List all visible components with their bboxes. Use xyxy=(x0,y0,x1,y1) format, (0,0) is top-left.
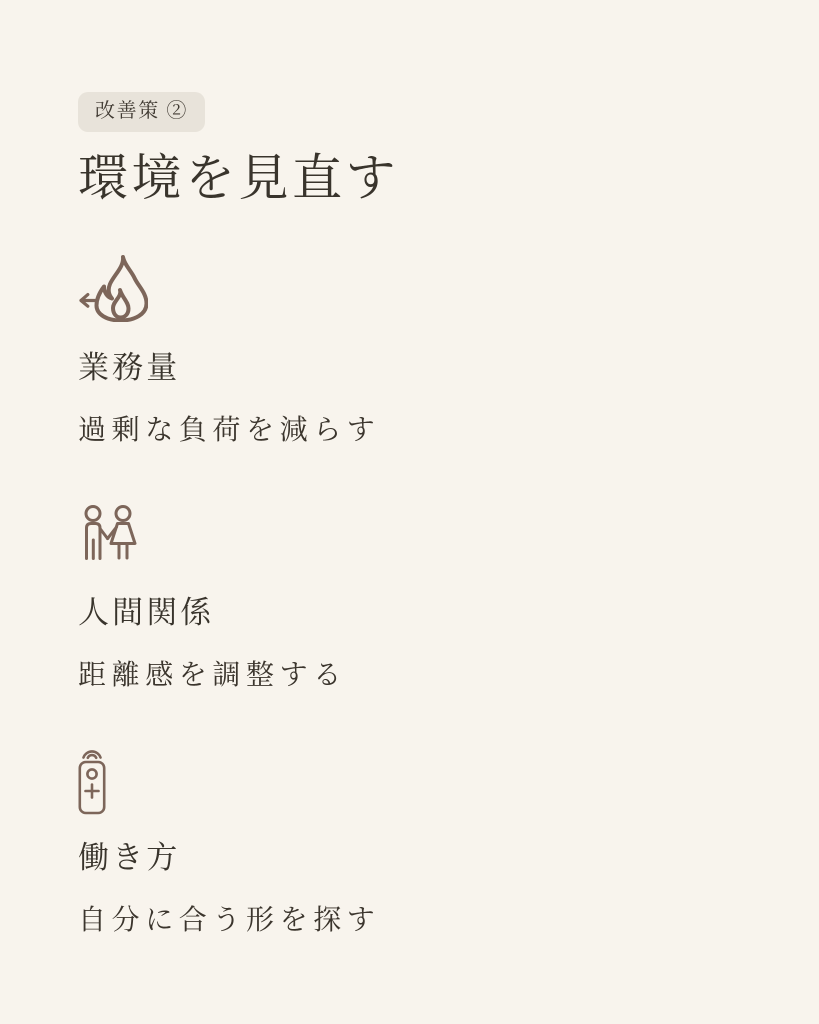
section-title-relationships: 人間関係 xyxy=(78,594,779,633)
section-desc-workstyle: 自分に合う形を探す xyxy=(78,902,779,938)
section-title-workload: 業務量 xyxy=(78,349,779,388)
section-relationships: 人間関係 距離感を調整する xyxy=(78,500,779,693)
section-title-workstyle: 働き方 xyxy=(78,839,779,878)
section-desc-workload: 過剰な負荷を減らす xyxy=(78,412,779,448)
section-desc-relationships: 距離感を調整する xyxy=(78,657,779,693)
slide-page: 改善策 ② 環境を見直す 業務量 過剰な負荷を減らす xyxy=(0,0,819,1024)
remote-control-icon xyxy=(78,745,106,815)
page-title: 環境を見直す xyxy=(78,146,779,211)
couple-holding-hands-icon xyxy=(78,500,140,560)
section-workload: 業務量 過剰な負荷を減らす xyxy=(78,255,779,448)
flame-left-arrow-icon xyxy=(78,255,148,322)
improvement-step-badge: 改善策 ② xyxy=(78,92,205,132)
section-workstyle: 働き方 自分に合う形を探す xyxy=(78,745,779,938)
